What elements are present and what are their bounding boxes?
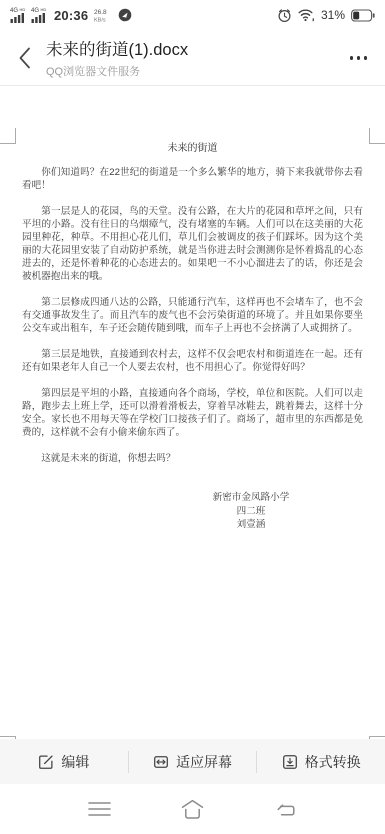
svg-text:HD: HD — [20, 7, 26, 12]
status-bar: 4G HD 4G HD 20:36 26.8 KB/s — [0, 0, 385, 28]
app-header: 未来的街道(1).docx QQ浏览器文件服务 — [0, 28, 385, 86]
wifi-icon — [298, 8, 315, 22]
fit-screen-button[interactable]: 适应屏幕 — [129, 739, 257, 784]
status-left: 4G HD 4G HD 20:36 26.8 KB/s — [10, 6, 132, 24]
format-convert-icon — [282, 754, 298, 770]
document-title: 未来的街道 — [22, 142, 363, 155]
more-icon — [357, 56, 361, 60]
paragraph: 第二层修成四通八达的公路，只能通行汽车，这样再也不会堵车了，也不会有交通事故发生… — [22, 296, 363, 335]
signature-block: 新密市金凤路小学 四二班 刘壹涵 — [196, 491, 306, 532]
bottom-toolbar: 编辑 适应屏幕 格式转换 — [0, 739, 385, 784]
svg-text:KB/s: KB/s — [94, 17, 106, 23]
battery-percent: 31% — [321, 8, 345, 22]
home-icon — [180, 799, 205, 820]
page-corner-mark — [369, 128, 385, 144]
signature-class: 四二班 — [196, 505, 306, 519]
recents-menu-button[interactable] — [82, 792, 116, 826]
nav-back-icon — [276, 801, 296, 818]
paragraph: 第一层是人的花园，鸟的天堂。没有公路，在大片的花园和草坪之间，只有平坦的小路。没… — [22, 205, 363, 283]
paragraph: 这就是未来的街道，你想去吗？ — [22, 452, 363, 465]
page-corner-mark — [0, 128, 16, 144]
network-speed: 26.8 KB/s — [94, 7, 114, 24]
edit-button[interactable]: 编辑 — [0, 739, 128, 784]
header-titles: 未来的街道(1).docx QQ浏览器文件服务 — [46, 36, 335, 79]
svg-text:4G: 4G — [10, 8, 18, 14]
document-content: 未来的街道 你们知道吗？在22世纪的街道是一个多么繁华的地方，骑下来我就带你去看… — [0, 87, 385, 532]
paragraph: 第三层是地铁，直接通到农村去，这样不仅会吧农村和街道连在一起。还有还有如果老年人… — [22, 348, 363, 374]
clock-time: 20:36 — [54, 8, 88, 23]
navigation-bar — [0, 784, 385, 834]
screen: 4G HD 4G HD 20:36 26.8 KB/s — [0, 0, 385, 834]
alarm-icon — [277, 8, 292, 23]
svg-text:HD: HD — [41, 7, 47, 12]
file-title: 未来的街道(1).docx — [46, 36, 335, 60]
format-convert-label: 格式转换 — [305, 752, 361, 772]
paragraph: 第四层是平坦的小路，直接通向各个商场，学校，单位和医院。人们可以走路，跑步去上班… — [22, 387, 363, 439]
status-right: 31% — [277, 8, 375, 23]
signal-icon: 4G HD — [10, 6, 27, 24]
svg-text:4G: 4G — [31, 8, 39, 14]
document-viewer[interactable]: 未来的街道 你们知道吗？在22世纪的街道是一个多么繁华的地方，骑下来我就带你去看… — [0, 87, 385, 739]
format-convert-button[interactable]: 格式转换 — [257, 739, 385, 784]
file-subtitle: QQ浏览器文件服务 — [46, 63, 335, 79]
fit-screen-label: 适应屏幕 — [176, 752, 232, 772]
fit-screen-icon — [153, 754, 169, 770]
menu-icon — [88, 801, 111, 817]
edit-label: 编辑 — [61, 752, 89, 772]
signature-name: 刘壹涵 — [196, 518, 306, 532]
nav-back-button[interactable] — [269, 792, 303, 826]
edit-icon — [38, 754, 54, 770]
battery-icon — [351, 9, 375, 22]
data-sphere-icon — [118, 8, 132, 22]
home-button[interactable] — [176, 792, 210, 826]
back-chevron-icon — [18, 46, 31, 70]
more-icon — [364, 56, 368, 60]
more-icon — [350, 56, 354, 60]
signature-school: 新密市金凤路小学 — [196, 491, 306, 505]
paragraph: 你们知道吗？在22世纪的街道是一个多么繁华的地方，骑下来我就带你去看看吧！ — [22, 166, 363, 192]
more-button[interactable] — [348, 50, 370, 66]
svg-text:26.8: 26.8 — [94, 9, 107, 16]
signal-icon: 4G HD — [31, 6, 48, 24]
back-button[interactable] — [14, 44, 34, 72]
